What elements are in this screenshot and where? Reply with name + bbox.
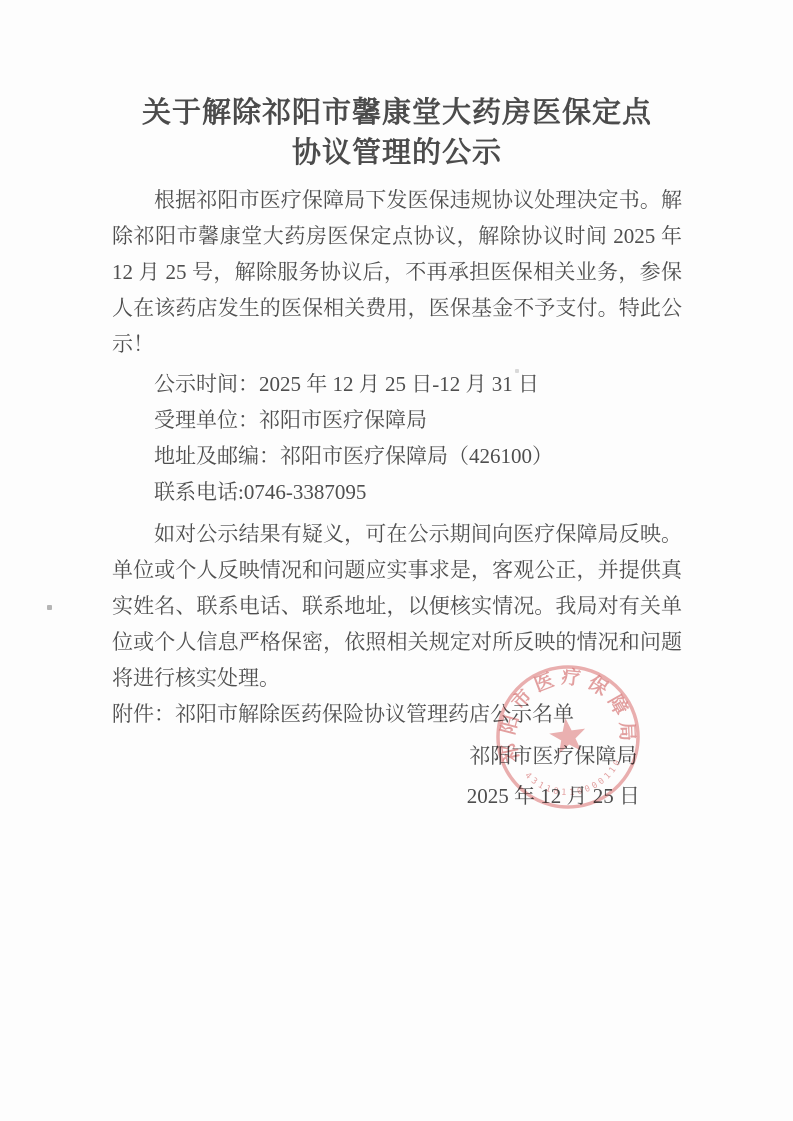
scan-speck <box>47 605 52 610</box>
signature-org: 祁阳市医疗保障局 <box>467 736 640 776</box>
paragraph-decision: 根据祁阳市医疗保障局下发医保违规协议处理决定书。解除祁阳市馨康堂大药房医保定点协… <box>112 182 682 362</box>
title-line-2: 协议管理的公示 <box>112 132 682 172</box>
page-title: 关于解除祁阳市馨康堂大药房医保定点 协议管理的公示 <box>112 92 682 172</box>
document-page: 关于解除祁阳市馨康堂大药房医保定点 协议管理的公示 根据祁阳市医疗保障局下发医保… <box>0 0 793 1121</box>
notice-content: 关于解除祁阳市馨康堂大药房医保定点 协议管理的公示 根据祁阳市医疗保障局下发医保… <box>112 92 682 816</box>
scan-speck <box>515 369 519 373</box>
info-line-accepting-unit: 受理单位：祁阳市医疗保障局 <box>112 402 682 438</box>
info-line-address-postcode: 地址及邮编：祁阳市医疗保障局（426100） <box>112 438 682 474</box>
paragraph-feedback: 如对公示结果有疑义，可在公示期间向医疗保障局反映。单位或个人反映情况和问题应实事… <box>112 516 682 696</box>
info-line-publicity-period: 公示时间：2025 年 12 月 25 日-12 月 31 日 <box>112 366 682 402</box>
info-lines: 公示时间：2025 年 12 月 25 日-12 月 31 日 受理单位：祁阳市… <box>112 366 682 510</box>
signature-block: 祁阳市医疗保障局 2025 年 12 月 25 日 <box>467 736 640 816</box>
attachment-line: 附件：祁阳市解除医药保险协议管理药店公示名单 <box>112 696 682 732</box>
title-line-1: 关于解除祁阳市馨康堂大药房医保定点 <box>112 92 682 132</box>
info-line-contact-phone: 联系电话:0746-3387095 <box>112 474 682 510</box>
signature-date: 2025 年 12 月 25 日 <box>467 776 640 816</box>
